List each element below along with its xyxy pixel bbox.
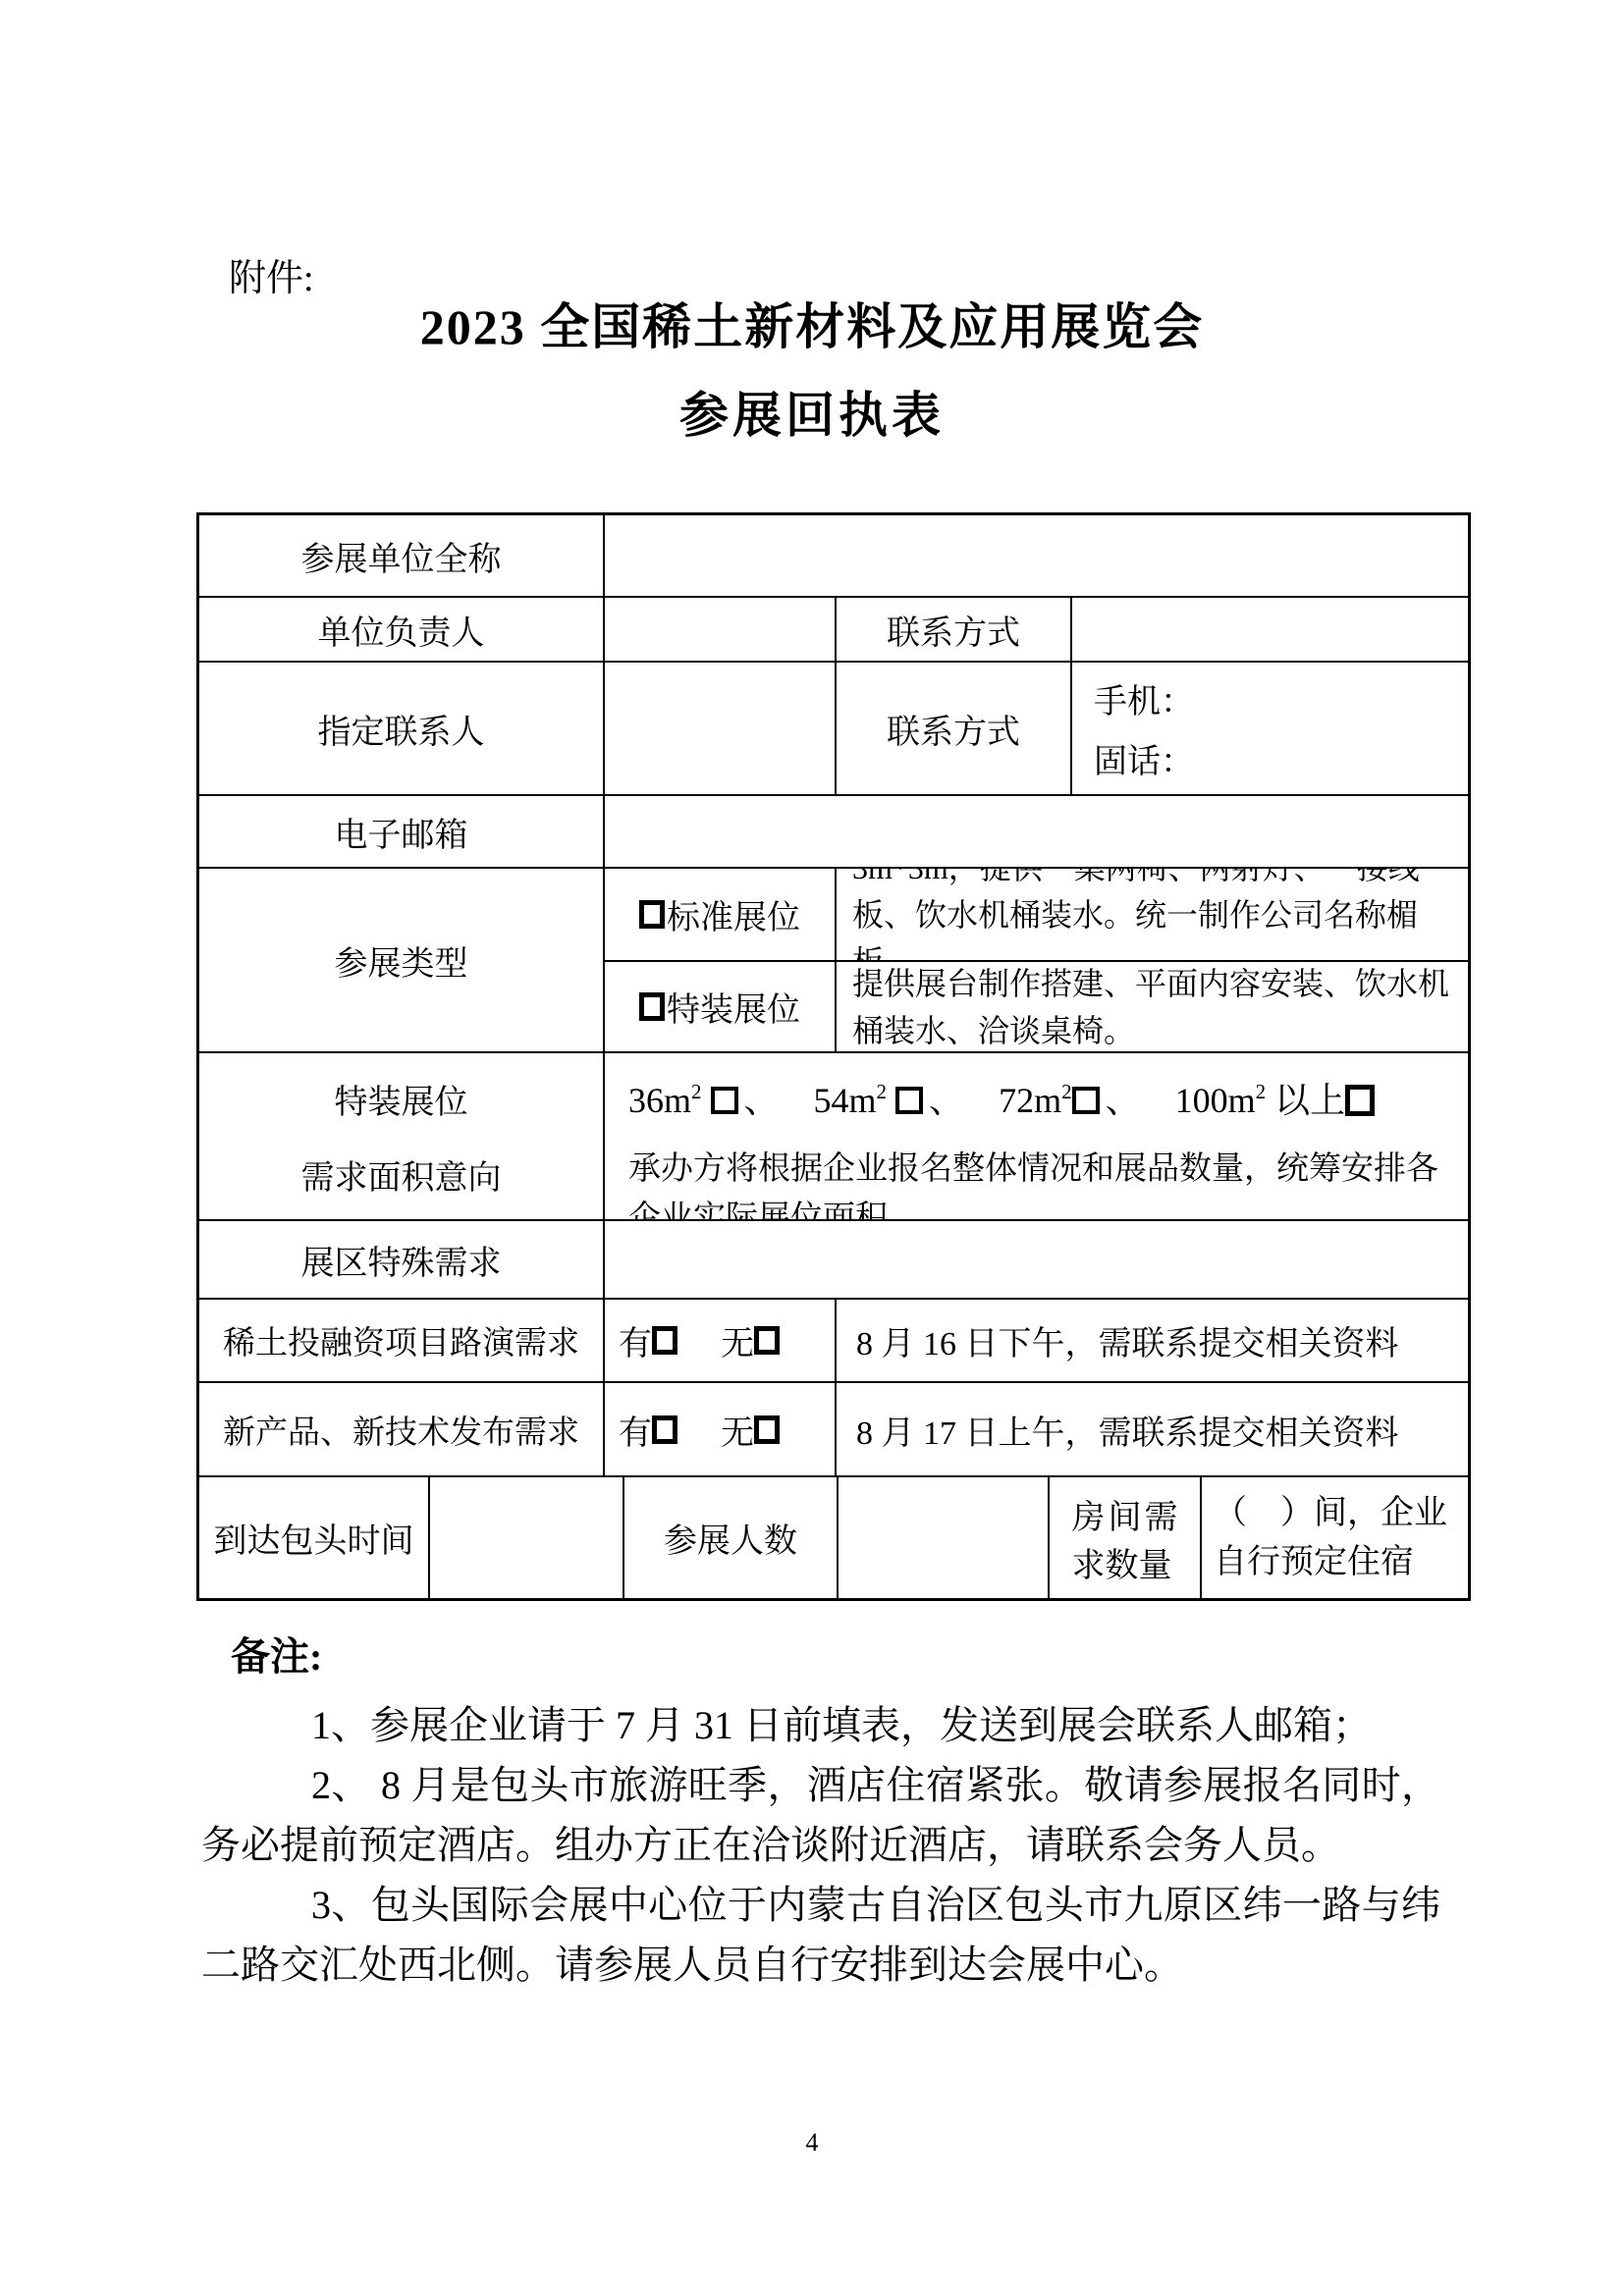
- contact-person-input-cell[interactable]: [605, 663, 837, 794]
- no-label: 无: [721, 1316, 754, 1364]
- area-option-base: 36m: [628, 1081, 691, 1120]
- custom-booth-desc: 提供展台制作搭建、平面内容安装、饮水机桶装水、洽谈桌椅。: [852, 962, 1453, 1051]
- area-option-base: 54m: [814, 1081, 877, 1120]
- leader-input-cell[interactable]: [605, 598, 837, 661]
- arrival-time-label: 到达包头时间: [199, 1477, 430, 1598]
- booth-option-custom-row: 特装展位 提供展台制作搭建、平面内容安装、饮水机桶装水、洽谈桌椅。: [605, 962, 1468, 1051]
- note-item-3: 3、包头国际会展中心位于内蒙古自治区包头市九原区纬一路与纬二路交汇处西北侧。请参…: [201, 1875, 1440, 1995]
- table-row-special-needs: 展区特殊需求: [199, 1221, 1468, 1300]
- area-option-sup: 2: [877, 1080, 888, 1103]
- area-option-72[interactable]: 72m2、: [999, 1081, 1141, 1120]
- checkbox-icon[interactable]: [652, 1326, 677, 1355]
- area-label-line1: 特装展位: [335, 1075, 468, 1123]
- standard-booth-option[interactable]: 标准展位: [605, 869, 837, 960]
- special-needs-input-cell[interactable]: [605, 1221, 1468, 1298]
- custom-booth-desc-cell: 提供展台制作搭建、平面内容安装、饮水机桶装水、洽谈桌椅。: [837, 962, 1468, 1051]
- people-count-input-cell[interactable]: [839, 1477, 1050, 1598]
- area-option-sep: 、: [744, 1081, 780, 1120]
- area-option-36[interactable]: 36m2 、: [628, 1081, 780, 1120]
- contact-method-label: 联系方式: [837, 663, 1072, 794]
- launch-yes-no-cell: 有无: [605, 1383, 837, 1475]
- roadshow-note-cell: 8 月 16 日下午，需联系提交相关资料: [837, 1300, 1468, 1381]
- email-label: 电子邮箱: [199, 796, 605, 867]
- table-row-booth-type: 参展类型 标准展位 3m*3m，提供一桌两椅、两射灯、一接线板、饮水机桶装水。统…: [199, 869, 1468, 1053]
- launch-label: 新产品、新技术发布需求: [199, 1383, 605, 1475]
- area-option-extra: 以上: [1266, 1081, 1345, 1120]
- rooms-label: 房间需求数量: [1072, 1490, 1178, 1586]
- rooms-note-cell: （ ）间，企业自行预定住宿: [1202, 1477, 1468, 1598]
- checkbox-icon[interactable]: [711, 1087, 738, 1114]
- booth-option-standard-row: 标准展位 3m*3m，提供一桌两椅、两射灯、一接线板、饮水机桶装水。统一制作公司…: [605, 869, 1468, 962]
- launch-note-cell: 8 月 17 日上午，需联系提交相关资料: [837, 1383, 1468, 1475]
- rooms-note[interactable]: （ ）间，企业自行预定住宿: [1214, 1489, 1455, 1587]
- page-subtitle: 参展回执表: [0, 376, 1624, 447]
- leader-contact-input-cell[interactable]: [1072, 598, 1468, 661]
- area-option-sup: 2: [691, 1080, 702, 1103]
- area-option-100plus[interactable]: 100m2 以上: [1175, 1081, 1376, 1120]
- roadshow-yes-no-cell: 有无: [605, 1300, 837, 1381]
- document-page: 附件: 2023 全国稀土新材料及应用展览会 参展回执表 参展单位全称 单位负责…: [0, 0, 1624, 2296]
- notes-section: 备注: 1、参展企业请于 7 月 31 日前填表，发送到展会联系人邮箱； 2、 …: [201, 1626, 1440, 1995]
- registration-table: 参展单位全称 单位负责人 联系方式 指定联系人 联系方式 手机： 固话： 电子邮…: [196, 512, 1471, 1601]
- area-options-line: 36m2 、 54m2 、 72m2、 100m2 以上: [628, 1073, 1375, 1123]
- roadshow-label: 稀土投融资项目路演需求: [199, 1300, 605, 1381]
- table-row-area: 特装展位 需求面积意向 36m2 、 54m2 、 72m2、 100m2 以上…: [199, 1053, 1468, 1221]
- area-option-sep: 、: [1106, 1081, 1141, 1120]
- checkbox-icon[interactable]: [652, 1415, 677, 1444]
- email-input-cell[interactable]: [605, 796, 1468, 867]
- area-label-cell: 特装展位 需求面积意向: [199, 1053, 605, 1219]
- area-label-line2: 需求面积意向: [301, 1150, 502, 1199]
- table-row-contact: 指定联系人 联系方式 手机： 固话：: [199, 663, 1468, 796]
- custom-booth-option[interactable]: 特装展位: [605, 962, 837, 1051]
- area-option-base: 72m: [999, 1081, 1061, 1120]
- notes-heading: 备注:: [231, 1626, 1440, 1682]
- mobile-label[interactable]: 手机：: [1094, 674, 1194, 722]
- checkbox-icon[interactable]: [754, 1326, 780, 1355]
- standard-booth-desc: 3m*3m，提供一桌两椅、两射灯、一接线板、饮水机桶装水。统一制作公司名称楣板。: [852, 869, 1453, 960]
- page-number: 4: [0, 2128, 1624, 2158]
- yes-label: 有: [619, 1316, 652, 1364]
- area-option-base: 100m: [1175, 1081, 1256, 1120]
- area-option-sup: 2: [1061, 1080, 1072, 1103]
- booth-type-label: 参展类型: [199, 869, 605, 1051]
- leader-label: 单位负责人: [199, 598, 605, 661]
- table-row-launch: 新产品、新技术发布需求 有无 8 月 17 日上午，需联系提交相关资料: [199, 1383, 1468, 1477]
- standard-booth-label: 标准展位: [667, 890, 800, 938]
- custom-booth-label: 特装展位: [667, 983, 800, 1031]
- company-name-label: 参展单位全称: [199, 515, 605, 596]
- checkbox-icon[interactable]: [639, 992, 665, 1021]
- note-item-2: 2、 8 月是包头市旅游旺季，酒店住宿紧张。敬请参展报名同时，务必提前预定酒店。…: [201, 1755, 1440, 1875]
- checkbox-icon[interactable]: [1072, 1087, 1100, 1114]
- table-row-roadshow: 稀土投融资项目路演需求 有无 8 月 16 日下午，需联系提交相关资料: [199, 1300, 1468, 1383]
- table-row-company: 参展单位全称: [199, 515, 1468, 598]
- arrival-time-input-cell[interactable]: [430, 1477, 624, 1598]
- area-option-sup: 2: [1256, 1080, 1267, 1103]
- leader-contact-label: 联系方式: [837, 598, 1072, 661]
- contact-phone-cell: 手机： 固话：: [1072, 663, 1468, 794]
- landline-label[interactable]: 固话：: [1094, 734, 1194, 782]
- checkbox-icon[interactable]: [754, 1415, 780, 1444]
- table-row-email: 电子邮箱: [199, 796, 1468, 869]
- area-option-54[interactable]: 54m2 、: [814, 1081, 965, 1120]
- page-title: 2023 全国稀土新材料及应用展览会: [0, 288, 1624, 358]
- rooms-label-cell: 房间需求数量: [1050, 1477, 1202, 1598]
- area-options-cell: 36m2 、 54m2 、 72m2、 100m2 以上 承办方将根据企业报名整…: [605, 1053, 1468, 1219]
- table-row-arrival: 到达包头时间 参展人数 房间需求数量 （ ）间，企业自行预定住宿: [199, 1477, 1468, 1598]
- area-note: 承办方将根据企业报名整体情况和展品数量，统筹安排各企业实际展位面积。: [628, 1145, 1460, 1219]
- note-item-1: 1、参展企业请于 7 月 31 日前填表，发送到展会联系人邮箱；: [201, 1695, 1440, 1755]
- checkbox-icon[interactable]: [1345, 1085, 1375, 1116]
- company-name-input-cell[interactable]: [605, 515, 1468, 596]
- booth-type-options: 标准展位 3m*3m，提供一桌两椅、两射灯、一接线板、饮水机桶装水。统一制作公司…: [605, 869, 1468, 1051]
- people-count-label: 参展人数: [624, 1477, 839, 1598]
- table-row-leader: 单位负责人 联系方式: [199, 598, 1468, 663]
- standard-booth-desc-cell: 3m*3m，提供一桌两椅、两射灯、一接线板、饮水机桶装水。统一制作公司名称楣板。: [837, 869, 1468, 960]
- special-needs-label: 展区特殊需求: [199, 1221, 605, 1298]
- no-label: 无: [721, 1406, 754, 1454]
- checkbox-icon[interactable]: [895, 1087, 923, 1114]
- contact-person-label: 指定联系人: [199, 663, 605, 794]
- area-option-sep: 、: [929, 1081, 964, 1120]
- yes-label: 有: [619, 1406, 652, 1454]
- checkbox-icon[interactable]: [639, 900, 665, 929]
